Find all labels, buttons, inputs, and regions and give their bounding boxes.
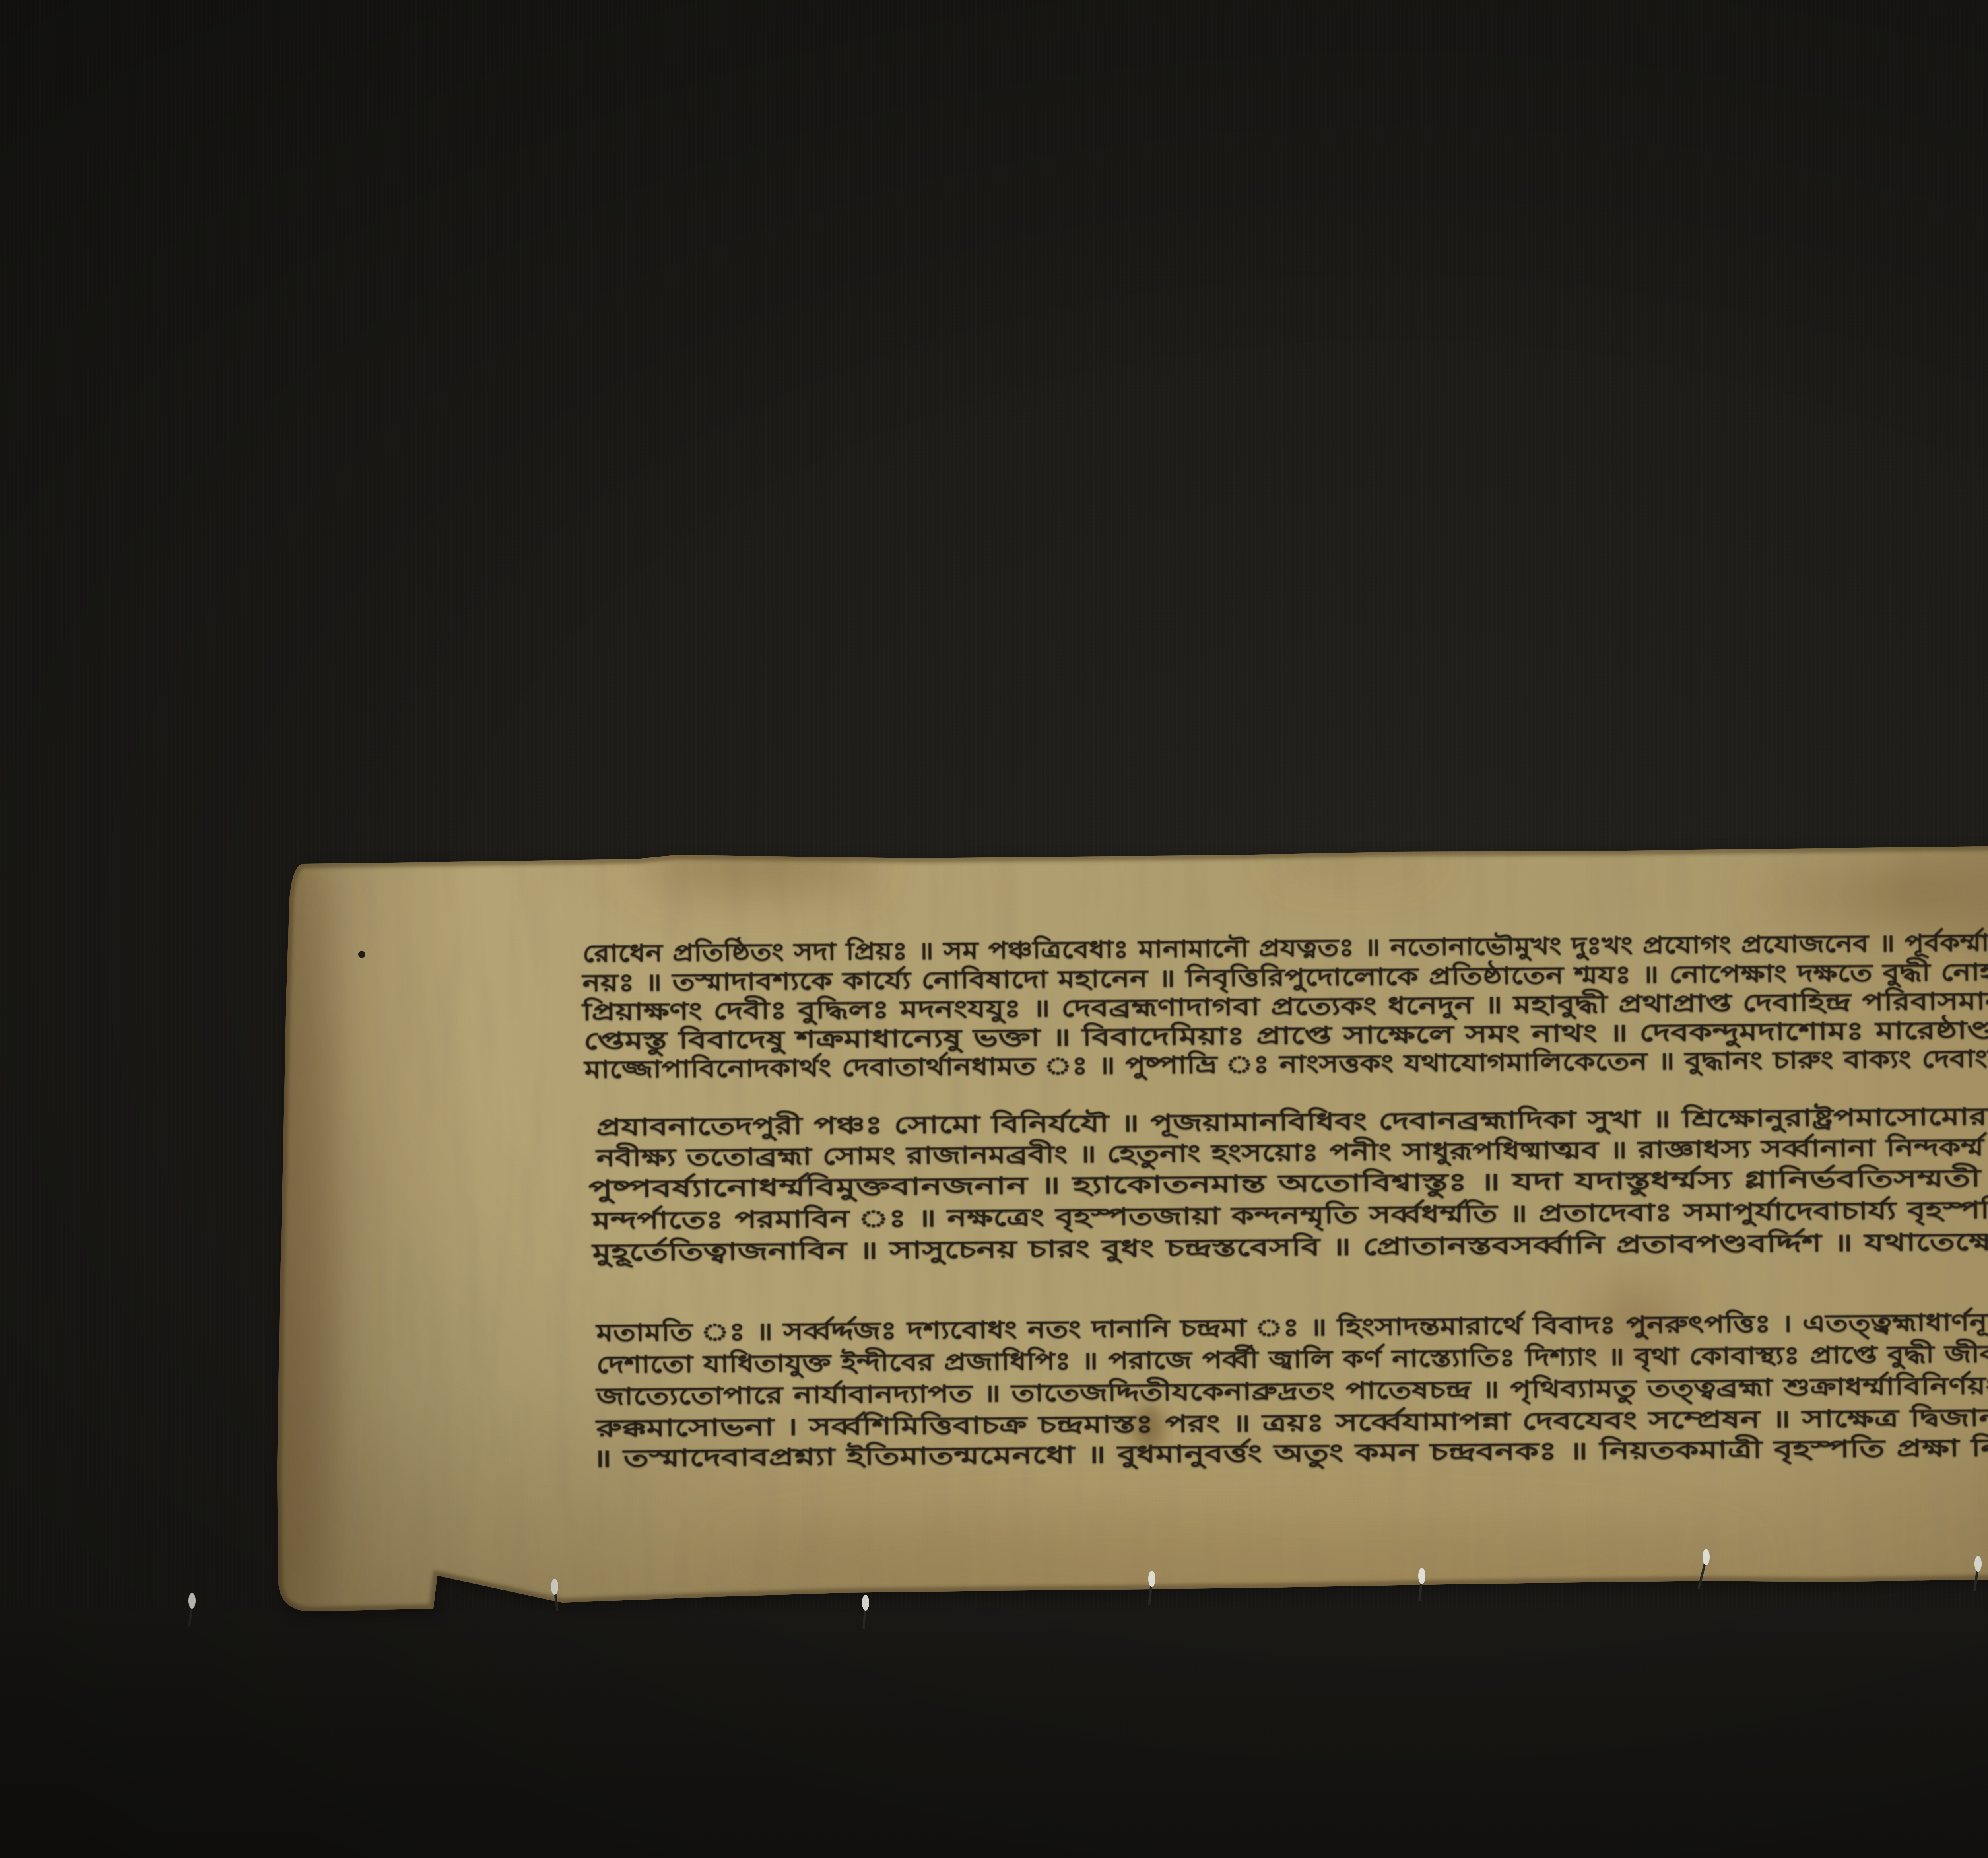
mounting-pin — [862, 1595, 869, 1629]
mounting-pin — [1418, 1568, 1425, 1601]
photo-scene: রোধেন প্রতিষ্ঠিতং সদা প্রিয়ঃ ॥ সম পঞ্চত… — [0, 0, 1988, 1858]
mounting-pins — [0, 0, 1988, 1858]
mounting-pin — [1148, 1571, 1155, 1605]
mounting-pin — [551, 1579, 558, 1611]
mounting-pin — [188, 1593, 196, 1627]
mounting-pin — [1699, 1549, 1710, 1589]
mounting-pin — [1974, 1556, 1982, 1591]
